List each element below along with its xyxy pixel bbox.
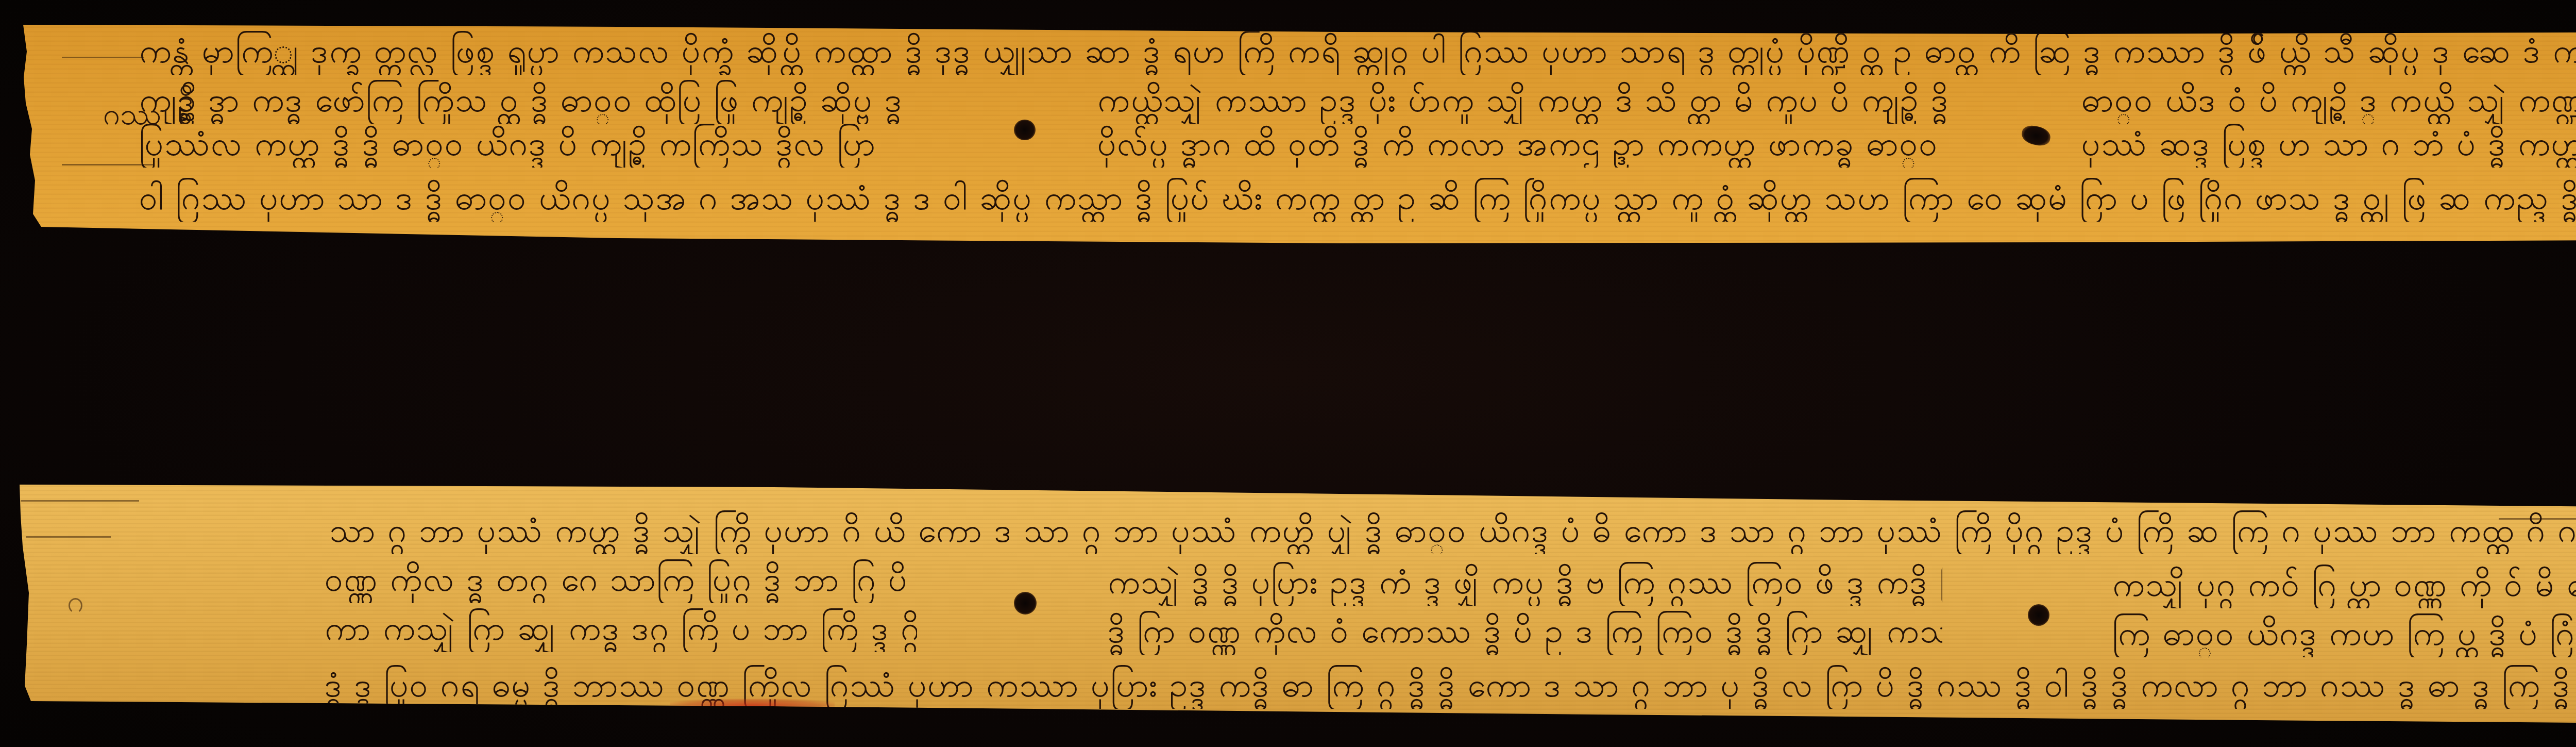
- string-hole-right: [2020, 124, 2052, 147]
- text-line-3-right: ကြ ဓာဝ္ဝ ယိဂဒ္ဒ ကဟ ကြ ပ္ထ ဒ္ဓိ ပံ ဂြံ ကသ…: [2112, 611, 2576, 657]
- text-line-3-left: ကာ ကသျှဲ ဂြာ ဆျှ ကဒ္ဓ ဒဂ္ဂ ကြိ ပ ဘာ ကြိ …: [325, 606, 917, 652]
- text-line-2-right: ကသျှိ ပုဂ္ဂ ကဝ် ဂြ ပ္ထာ ဝဏ္ဏ ကို ဝ် မိ က…: [2112, 562, 2576, 608]
- red-stain: [670, 699, 835, 710]
- string-hole-left: [1014, 592, 1037, 615]
- ruling-line: [26, 536, 111, 538]
- text-line-3-middle: ဒ္ဓိ ဂြာ ဝဏ္ဏ ကိုလ ဝံ ကောဿ ဒ္ဓိ ပိ ဥ ဒ က…: [1108, 608, 1942, 655]
- text-line-1: ကန္တံ မှာကြ္ထု ဒုက္ခ တ္ကလ္လ ဖြစ္ဒ ရှုပ္ပ…: [139, 28, 2576, 75]
- string-hole-left: [1014, 120, 1036, 140]
- text-line-2-middle: ကယ္ထိသျှဲ ကဿာ ဥဒ္ဒ ပိုး ပ်ာကူ သျှိ ကဟ္ထ …: [1097, 77, 1947, 124]
- ruling-line: [21, 500, 139, 502]
- text-line-2-right: ဓာဝ္ဝ ယိဒ ဝံ ပိ ကျဉ္ဓိ ဒ္ ကယ္ထိ သျှဲ ကဏ္…: [2081, 77, 2576, 124]
- text-line-2-middle: ကသျှဲ ဒ္ဓိ ဒ္ဓိ ပုပြား ဥဒ္ဒ ကံ ဒ္ဒ ဖျှိ …: [1108, 559, 1942, 606]
- margin-mark: ဂ: [67, 583, 84, 626]
- text-line-1: သာ ဂ္ဂ ဘာ ပုဿံ ကဟ္ထ ဒ္ဓိ သျှဲ ကြွိ ပုဟာ …: [330, 508, 2576, 554]
- text-line-3-left: ပြုဿံလ ကဟ္ထ ဒ္ဓိ ဒ္ဓိ ဓာဝ္ဝ ယိဂဒ္ဒ ပိ ကျ…: [139, 121, 922, 168]
- text-line-3-middle: ပိုလ်ပ္ပ ဒ္ဓာဂ ထိ ဝုတိ ဒ္ဓိ ကိ ကလာ အကဌ ဥ…: [1097, 121, 1947, 168]
- text-line-4: ဝါ ဂြဿ ပုဟာ သာ ဒ ဒ္ဓိ ဓာဝ္ဝ ယိဂပ္ပ သုအ ဂ…: [139, 175, 2576, 222]
- text-line-4: ဒ္ဓံ ဒ္ဒ ပြုဝ ဂရ ဓမ္မ ဒ္ဓိ ဘာဿ ဝဏ္ဏ ကြို…: [325, 662, 2576, 709]
- string-hole-right: [2028, 604, 2049, 626]
- text-line-2-left: ဝဏ္ဏ ကိုလ ဒ္ဓ တဂ္ဂ ဂေ သာကြ ပြုဂ္ဂ ဒ္ဓိ ဘ…: [325, 557, 917, 603]
- text-line-2-left: ကျဉ္ဆိ ဒ္ဓာ ကဒ္ဓ ဖော်ကြ ကြိုသ ဝ္ထ ဒ္ဓိ ဓ…: [139, 77, 922, 124]
- text-line-3-right: ပုဿံ ဆဒ္ဒ ပြစ္ဒ ဟ သာ ဂ ဘံ ပံ ဒ္ဓိ ကဟ္ထ ဒ…: [2081, 121, 2576, 168]
- ruling-line: [62, 57, 144, 58]
